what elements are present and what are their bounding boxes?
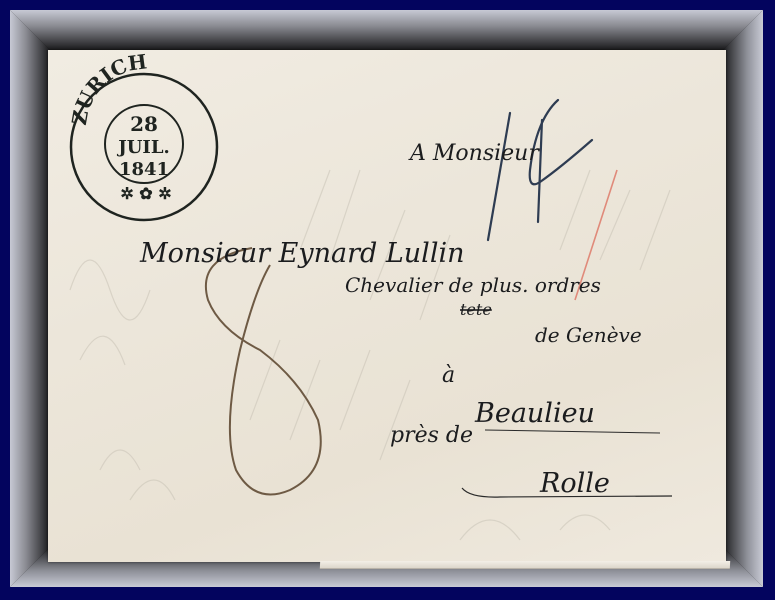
address-line-8: près de (390, 423, 473, 448)
address-line-2: Monsieur Eynard Lullin (139, 238, 464, 269)
address-line-1: A Monsieur (408, 141, 540, 166)
address-line-4-struck: tete (460, 300, 492, 319)
address-line-9: Rolle (539, 468, 610, 499)
postmark-year: 1841 (119, 159, 169, 180)
address-line-6: à (442, 363, 455, 388)
address-line-5: de Genève (535, 323, 642, 347)
blue-rate-mark (488, 100, 592, 240)
postmark-ornament: ✲ ✿ ✲ (120, 184, 171, 203)
zurich-postmark: ZURICH 28 JUIL. 1841 ✲ ✿ ✲ (67, 49, 217, 220)
address-line-3: Chevalier de plus. ordres (345, 273, 601, 297)
underline-beaulieu (485, 430, 660, 433)
brown-rate-mark-8 (206, 248, 321, 495)
address-line-7: Beaulieu (474, 398, 595, 429)
postmark-day: 28 (130, 112, 158, 136)
postmark-month: JUIL. (116, 137, 170, 158)
letter-markings: ZURICH 28 JUIL. 1841 ✲ ✿ ✲ A Monsieur Mo… (0, 0, 775, 600)
